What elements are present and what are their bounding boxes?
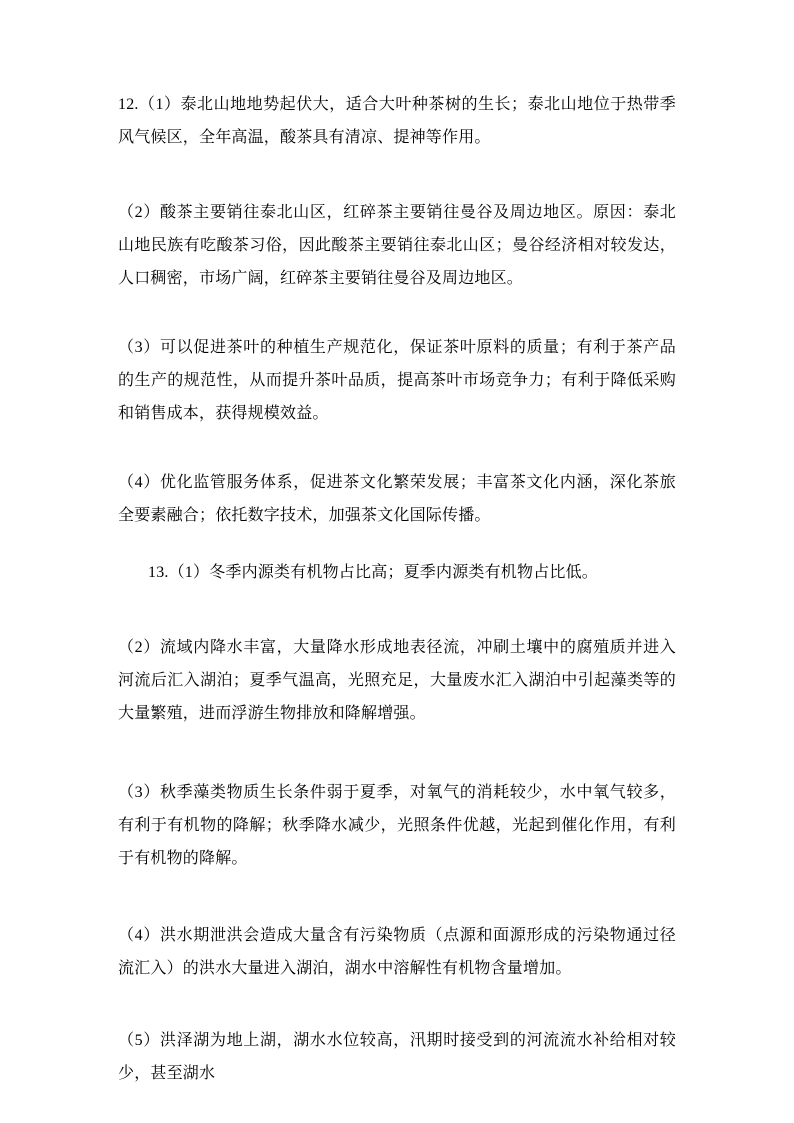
answer-paragraph-q13-3: （3）秋季藻类物质生长条件弱于夏季，对氧气的消耗较少，水中氧气较多，有利于有机物…: [118, 776, 676, 875]
answer-paragraph-q13-5: （5）洪泽湖为地上湖，湖水水位较高，汛期时接受到的河流流水补给相对较少，甚至湖水: [118, 1024, 676, 1090]
answer-paragraph-q13-1: 13.（1）冬季内源类有机物占比高；夏季内源类有机物占比低。: [118, 556, 676, 589]
answer-paragraph-q12-1: 12.（1）泰北山地地势起伏大，适合大叶种茶树的生长；泰北山地位于热带季风气候区…: [118, 88, 676, 154]
answer-paragraph-q12-2: （2）酸茶主要销往泰北山区，红碎茶主要销往曼谷及周边地区。原因：泰北山地民族有吃…: [118, 196, 676, 295]
answer-paragraph-q12-3: （3）可以促进茶叶的种植生产规范化，保证茶叶原料的质量；有利于茶产品的生产的规范…: [118, 331, 676, 430]
answer-paragraph-q13-2: （2）流域内降水丰富，大量降水形成地表径流，冲刷土壤中的腐殖质并进入河流后汇入湖…: [118, 631, 676, 730]
answer-paragraph-q12-4: （4）优化监管服务体系，促进茶文化繁荣发展；丰富茶文化内涵，深化茶旅全要素融合；…: [118, 466, 676, 532]
document-page: 12.（1）泰北山地地势起伏大，适合大叶种茶树的生长；泰北山地位于热带季风气候区…: [0, 0, 794, 1123]
answer-paragraph-q13-4: （4）洪水期泄洪会造成大量含有污染物质（点源和面源形成的污染物通过径流汇入）的洪…: [118, 919, 676, 985]
